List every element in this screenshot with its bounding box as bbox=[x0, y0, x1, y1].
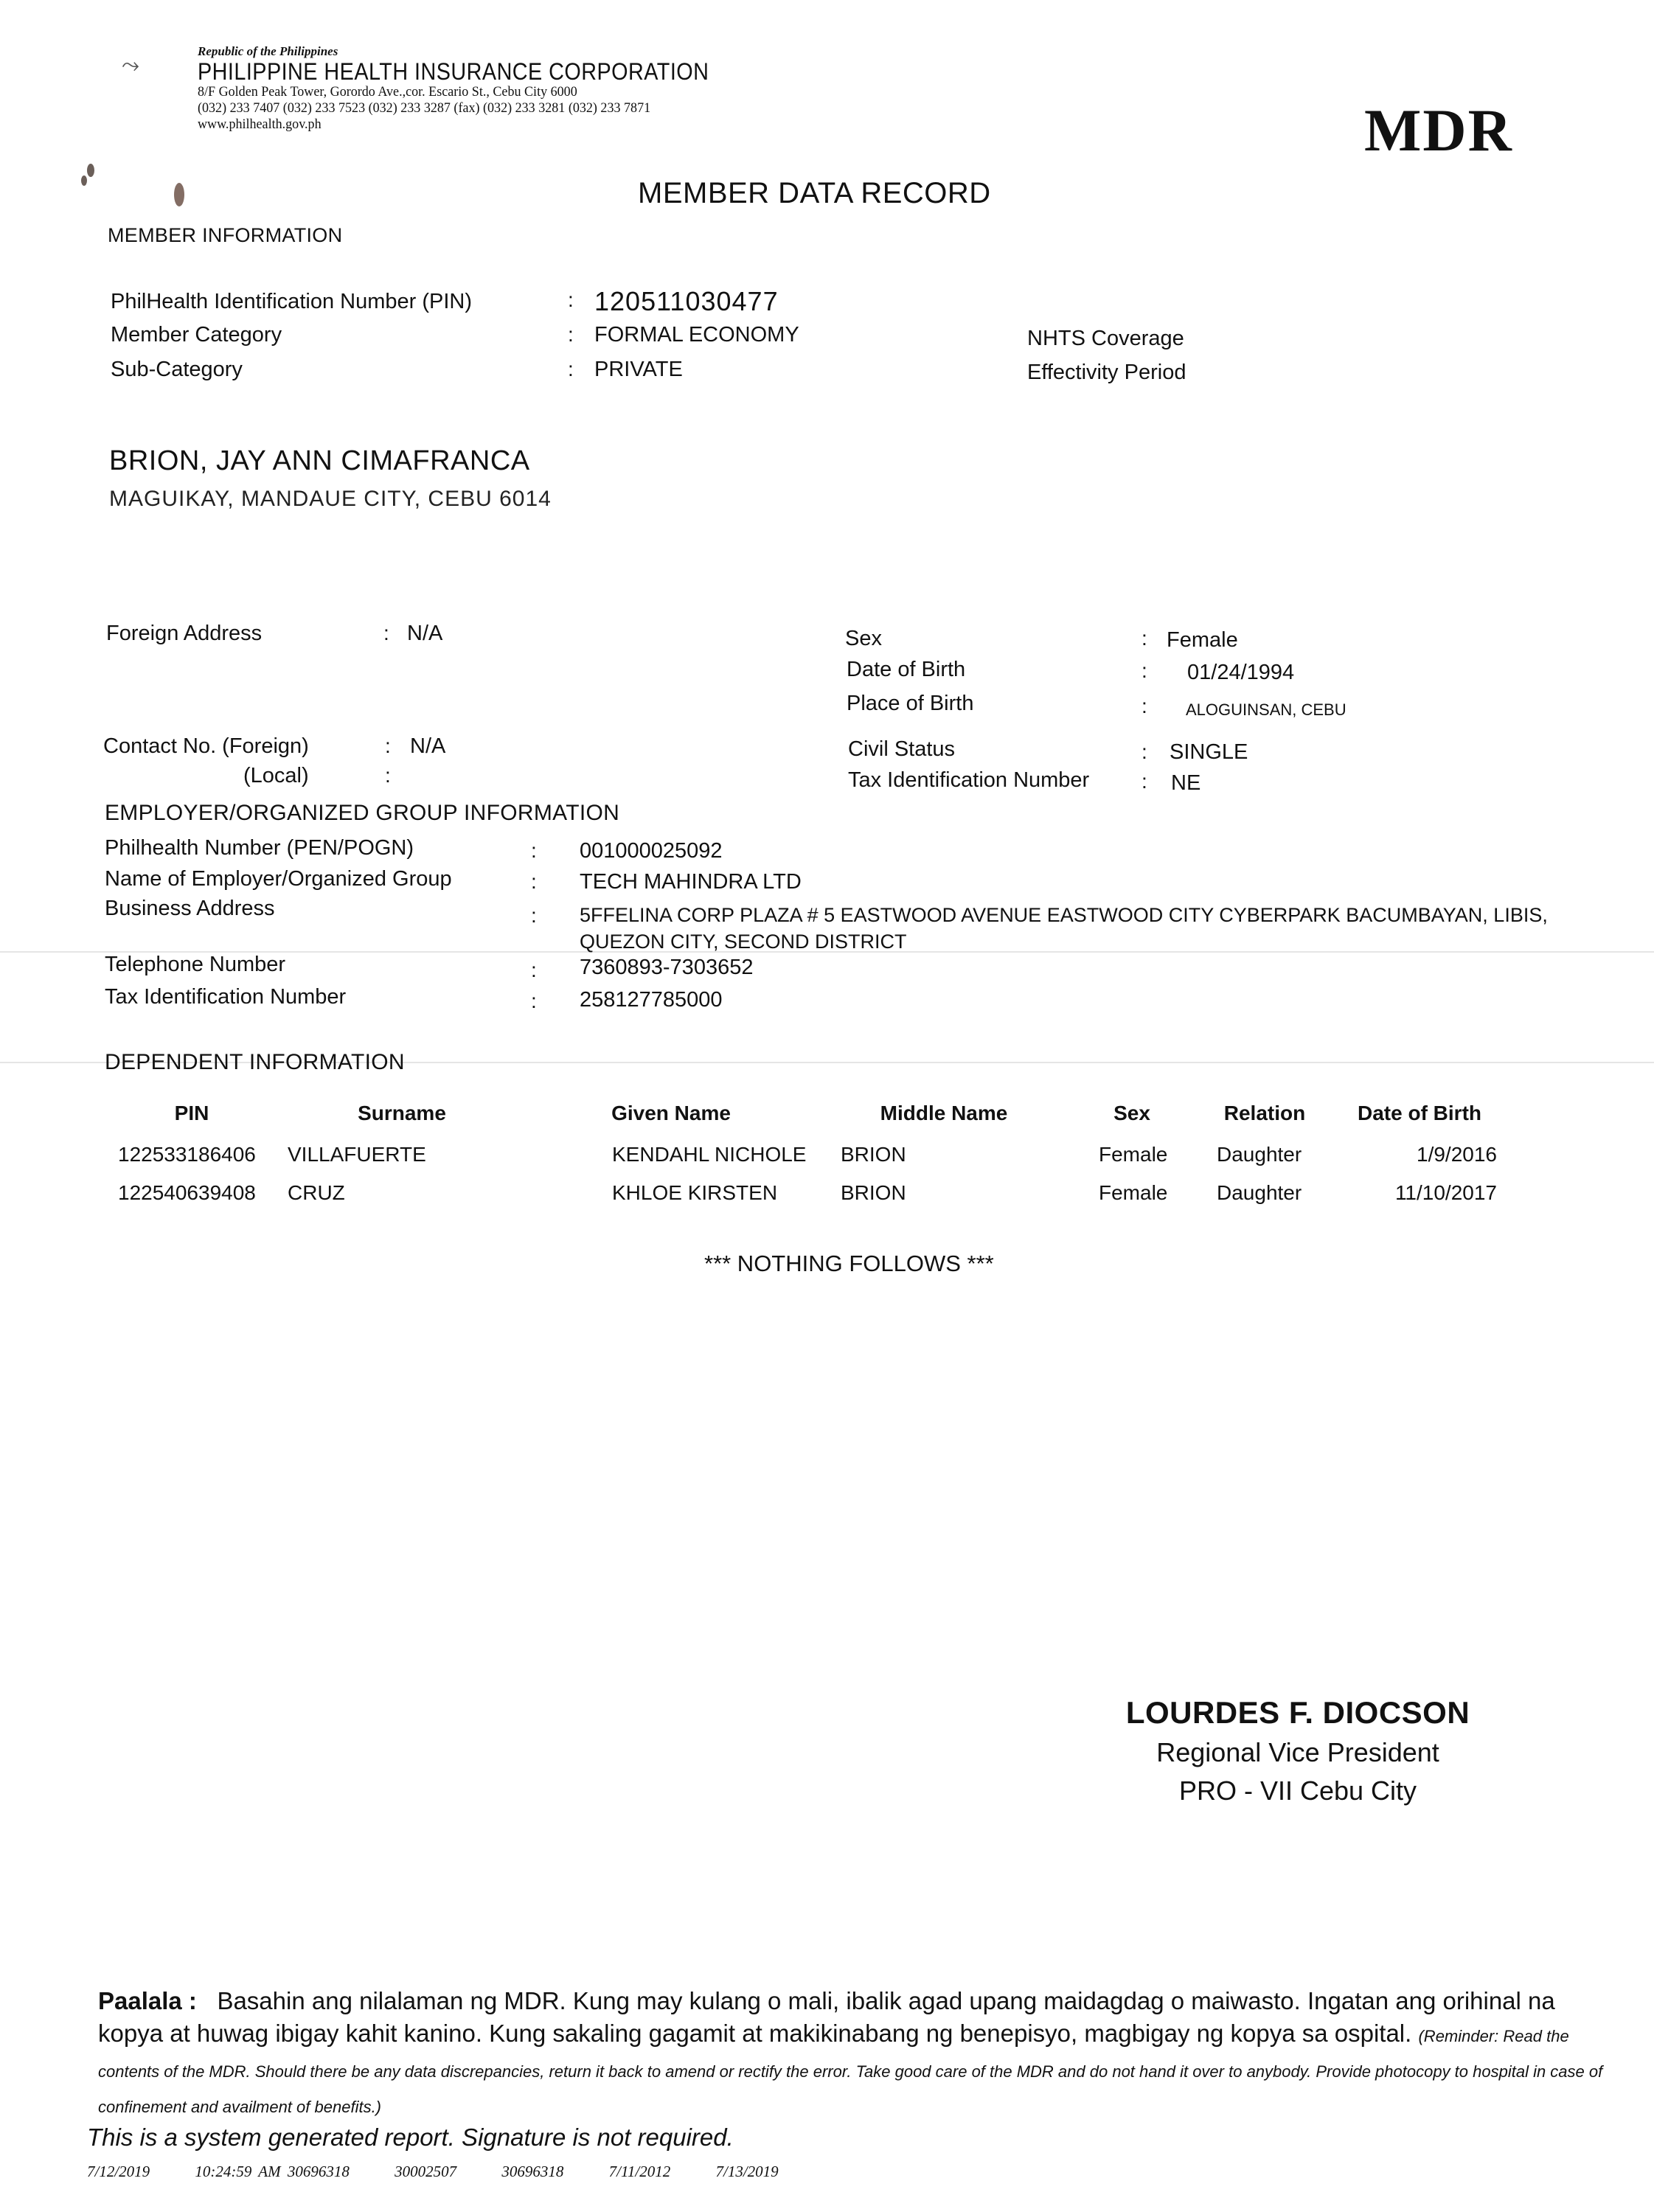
dependent-given-name: KENDAHL NICHOLE bbox=[524, 1135, 819, 1174]
member-tin-label: Tax Identification Number bbox=[848, 768, 1089, 793]
pin-value: 120511030477 bbox=[594, 286, 779, 317]
employer-tin-value: 258127785000 bbox=[580, 988, 723, 1012]
employer-name-label: Name of Employer/Organized Group bbox=[105, 867, 452, 891]
member-category-value: FORMAL ECONOMY bbox=[594, 323, 799, 347]
signatory-office: PRO - VII Cebu City bbox=[1091, 1772, 1504, 1810]
column-header-surname: Surname bbox=[280, 1091, 524, 1135]
dependent-sex: Female bbox=[1069, 1135, 1195, 1174]
signatory-name: LOURDES F. DIOCSON bbox=[1091, 1692, 1504, 1733]
business-address-line1: 5FFELINA CORP PLAZA # 5 EASTWOOD AVENUE … bbox=[580, 904, 1548, 927]
dependent-pin: 122533186406 bbox=[103, 1135, 280, 1174]
business-address-label: Business Address bbox=[105, 897, 275, 921]
dependent-surname: VILLAFUERTE bbox=[280, 1135, 524, 1174]
colon: : bbox=[1142, 659, 1147, 683]
table-header-row: PIN Surname Given Name Middle Name Sex R… bbox=[103, 1091, 1504, 1135]
contact-foreign-value: N/A bbox=[410, 734, 445, 759]
colon: : bbox=[1142, 770, 1147, 793]
system-generated-note: This is a system generated report. Signa… bbox=[87, 2124, 734, 2152]
colon: : bbox=[531, 990, 537, 1013]
section-title-employer: EMPLOYER/ORGANIZED GROUP INFORMATION bbox=[105, 801, 619, 826]
sex-value: Female bbox=[1167, 628, 1238, 653]
organization-phones: (032) 233 7407 (032) 233 7523 (032) 233 … bbox=[198, 100, 737, 116]
civil-status-label: Civil Status bbox=[848, 737, 955, 762]
date-of-birth-label: Date of Birth bbox=[847, 658, 965, 682]
dependent-given-name: KHLOE KIRSTEN bbox=[524, 1174, 819, 1212]
dependent-middle-name: BRION bbox=[819, 1135, 1069, 1174]
dependents-table: PIN Surname Given Name Middle Name Sex R… bbox=[103, 1091, 1504, 1212]
dependent-relation: Daughter bbox=[1195, 1135, 1335, 1174]
column-header-date-of-birth: Date of Birth bbox=[1335, 1091, 1504, 1135]
colon: : bbox=[385, 764, 391, 787]
foreign-address-label: Foreign Address bbox=[106, 622, 262, 646]
contact-local-label: (Local) bbox=[243, 764, 309, 788]
nothing-follows-marker: *** NOTHING FOLLOWS *** bbox=[704, 1251, 994, 1277]
ink-smudge bbox=[174, 183, 184, 206]
ink-smudge bbox=[87, 164, 94, 177]
colon: : bbox=[383, 622, 389, 645]
republic-label: Republic of the Philippines bbox=[198, 44, 765, 59]
colon: : bbox=[531, 839, 537, 863]
print-time-ref: 10:24:59 AM 30696318 bbox=[195, 2163, 349, 2181]
pen-label: Philhealth Number (PEN/POGN) bbox=[105, 836, 414, 860]
organization-website: www.philhealth.gov.ph bbox=[198, 116, 737, 133]
logo-mark-icon: ⤳ bbox=[122, 53, 139, 78]
effectivity-period-label: Effectivity Period bbox=[1027, 361, 1186, 385]
pen-value: 001000025092 bbox=[580, 839, 723, 863]
nhts-coverage-label: NHTS Coverage bbox=[1027, 327, 1184, 351]
dependent-middle-name: BRION bbox=[819, 1174, 1069, 1212]
document-code: MDR bbox=[1364, 96, 1513, 165]
member-name: BRION, JAY ANN CIMAFRANCA bbox=[109, 445, 530, 477]
member-category-label: Member Category bbox=[111, 323, 282, 347]
dependent-date-of-birth: 11/10/2017 bbox=[1335, 1174, 1504, 1212]
print-date: 7/12/2019 bbox=[87, 2163, 150, 2181]
dependent-surname: CRUZ bbox=[280, 1174, 524, 1212]
column-header-given-name: Given Name bbox=[524, 1091, 819, 1135]
reminder-tagalog: Basahin ang nilalaman ng MDR. Kung may k… bbox=[98, 1987, 1555, 2047]
section-title-dependents: DEPENDENT INFORMATION bbox=[105, 1050, 405, 1075]
colon: : bbox=[385, 734, 391, 758]
date-of-birth-value: 01/24/1994 bbox=[1187, 661, 1294, 685]
section-title-member: MEMBER INFORMATION bbox=[108, 224, 342, 247]
print-date-updated: 7/13/2019 bbox=[715, 2163, 778, 2181]
telephone-label: Telephone Number bbox=[105, 953, 285, 977]
colon: : bbox=[568, 323, 574, 347]
column-header-relation: Relation bbox=[1195, 1091, 1335, 1135]
document-title: MEMBER DATA RECORD bbox=[638, 177, 991, 210]
organization-header: Republic of the Philippines PHILIPPINE H… bbox=[198, 44, 765, 133]
colon: : bbox=[531, 870, 537, 894]
place-of-birth-label: Place of Birth bbox=[847, 692, 973, 716]
place-of-birth-value: ALOGUINSAN, CEBU bbox=[1186, 700, 1347, 720]
dependent-sex: Female bbox=[1069, 1174, 1195, 1212]
member-address: MAGUIKAY, MANDAUE CITY, CEBU 6014 bbox=[109, 487, 552, 512]
print-ref-a: 30002507 bbox=[395, 2163, 456, 2181]
dependent-pin: 122540639408 bbox=[103, 1174, 280, 1212]
employer-tin-label: Tax Identification Number bbox=[105, 985, 346, 1009]
sub-category-label: Sub-Category bbox=[111, 358, 243, 382]
column-header-sex: Sex bbox=[1069, 1091, 1195, 1135]
signatory-title: Regional Vice President bbox=[1091, 1733, 1504, 1772]
reminder-lead: Paalala : bbox=[98, 1987, 197, 2014]
table-row: 122533186406 VILLAFUERTE KENDAHL NICHOLE… bbox=[103, 1135, 1504, 1174]
column-header-pin: PIN bbox=[103, 1091, 280, 1135]
sex-label: Sex bbox=[845, 627, 882, 651]
colon: : bbox=[531, 959, 537, 982]
colon: : bbox=[568, 358, 574, 381]
organization-address: 8/F Golden Peak Tower, Gorordo Ave.,cor.… bbox=[198, 84, 737, 100]
colon: : bbox=[1142, 695, 1147, 718]
ink-smudge bbox=[81, 175, 87, 186]
reminder-paragraph: Paalala : Basahin ang nilalaman ng MDR. … bbox=[98, 1985, 1617, 2124]
organization-name: PHILIPPINE HEALTH INSURANCE CORPORATION bbox=[198, 59, 709, 84]
dependent-relation: Daughter bbox=[1195, 1174, 1335, 1212]
foreign-address-value: N/A bbox=[407, 622, 442, 646]
colon: : bbox=[568, 288, 574, 312]
sub-category-value: PRIVATE bbox=[594, 358, 683, 382]
pin-label: PhilHealth Identification Number (PIN) bbox=[111, 290, 472, 314]
table-row: 122540639408 CRUZ KHLOE KIRSTEN BRION Fe… bbox=[103, 1174, 1504, 1212]
member-tin-value: NE bbox=[1171, 771, 1200, 796]
business-address-line2: QUEZON CITY, SECOND DISTRICT bbox=[580, 931, 907, 953]
column-header-middle-name: Middle Name bbox=[819, 1091, 1069, 1135]
print-date-registered: 7/11/2012 bbox=[609, 2163, 671, 2181]
signatory-block: LOURDES F. DIOCSON Regional Vice Preside… bbox=[1091, 1692, 1504, 1810]
print-metadata-line: 7/12/2019 10:24:59 AM 30696318 30002507 … bbox=[87, 2163, 817, 2181]
employer-name-value: TECH MAHINDRA LTD bbox=[580, 870, 802, 894]
civil-status-value: SINGLE bbox=[1170, 740, 1248, 765]
contact-foreign-label: Contact No. (Foreign) bbox=[103, 734, 309, 759]
print-ref-b: 30696318 bbox=[501, 2163, 563, 2181]
telephone-value: 7360893-7303652 bbox=[580, 956, 753, 980]
colon: : bbox=[1142, 627, 1147, 650]
colon: : bbox=[531, 904, 537, 928]
colon: : bbox=[1142, 740, 1147, 764]
dependent-date-of-birth: 1/9/2016 bbox=[1335, 1135, 1504, 1174]
